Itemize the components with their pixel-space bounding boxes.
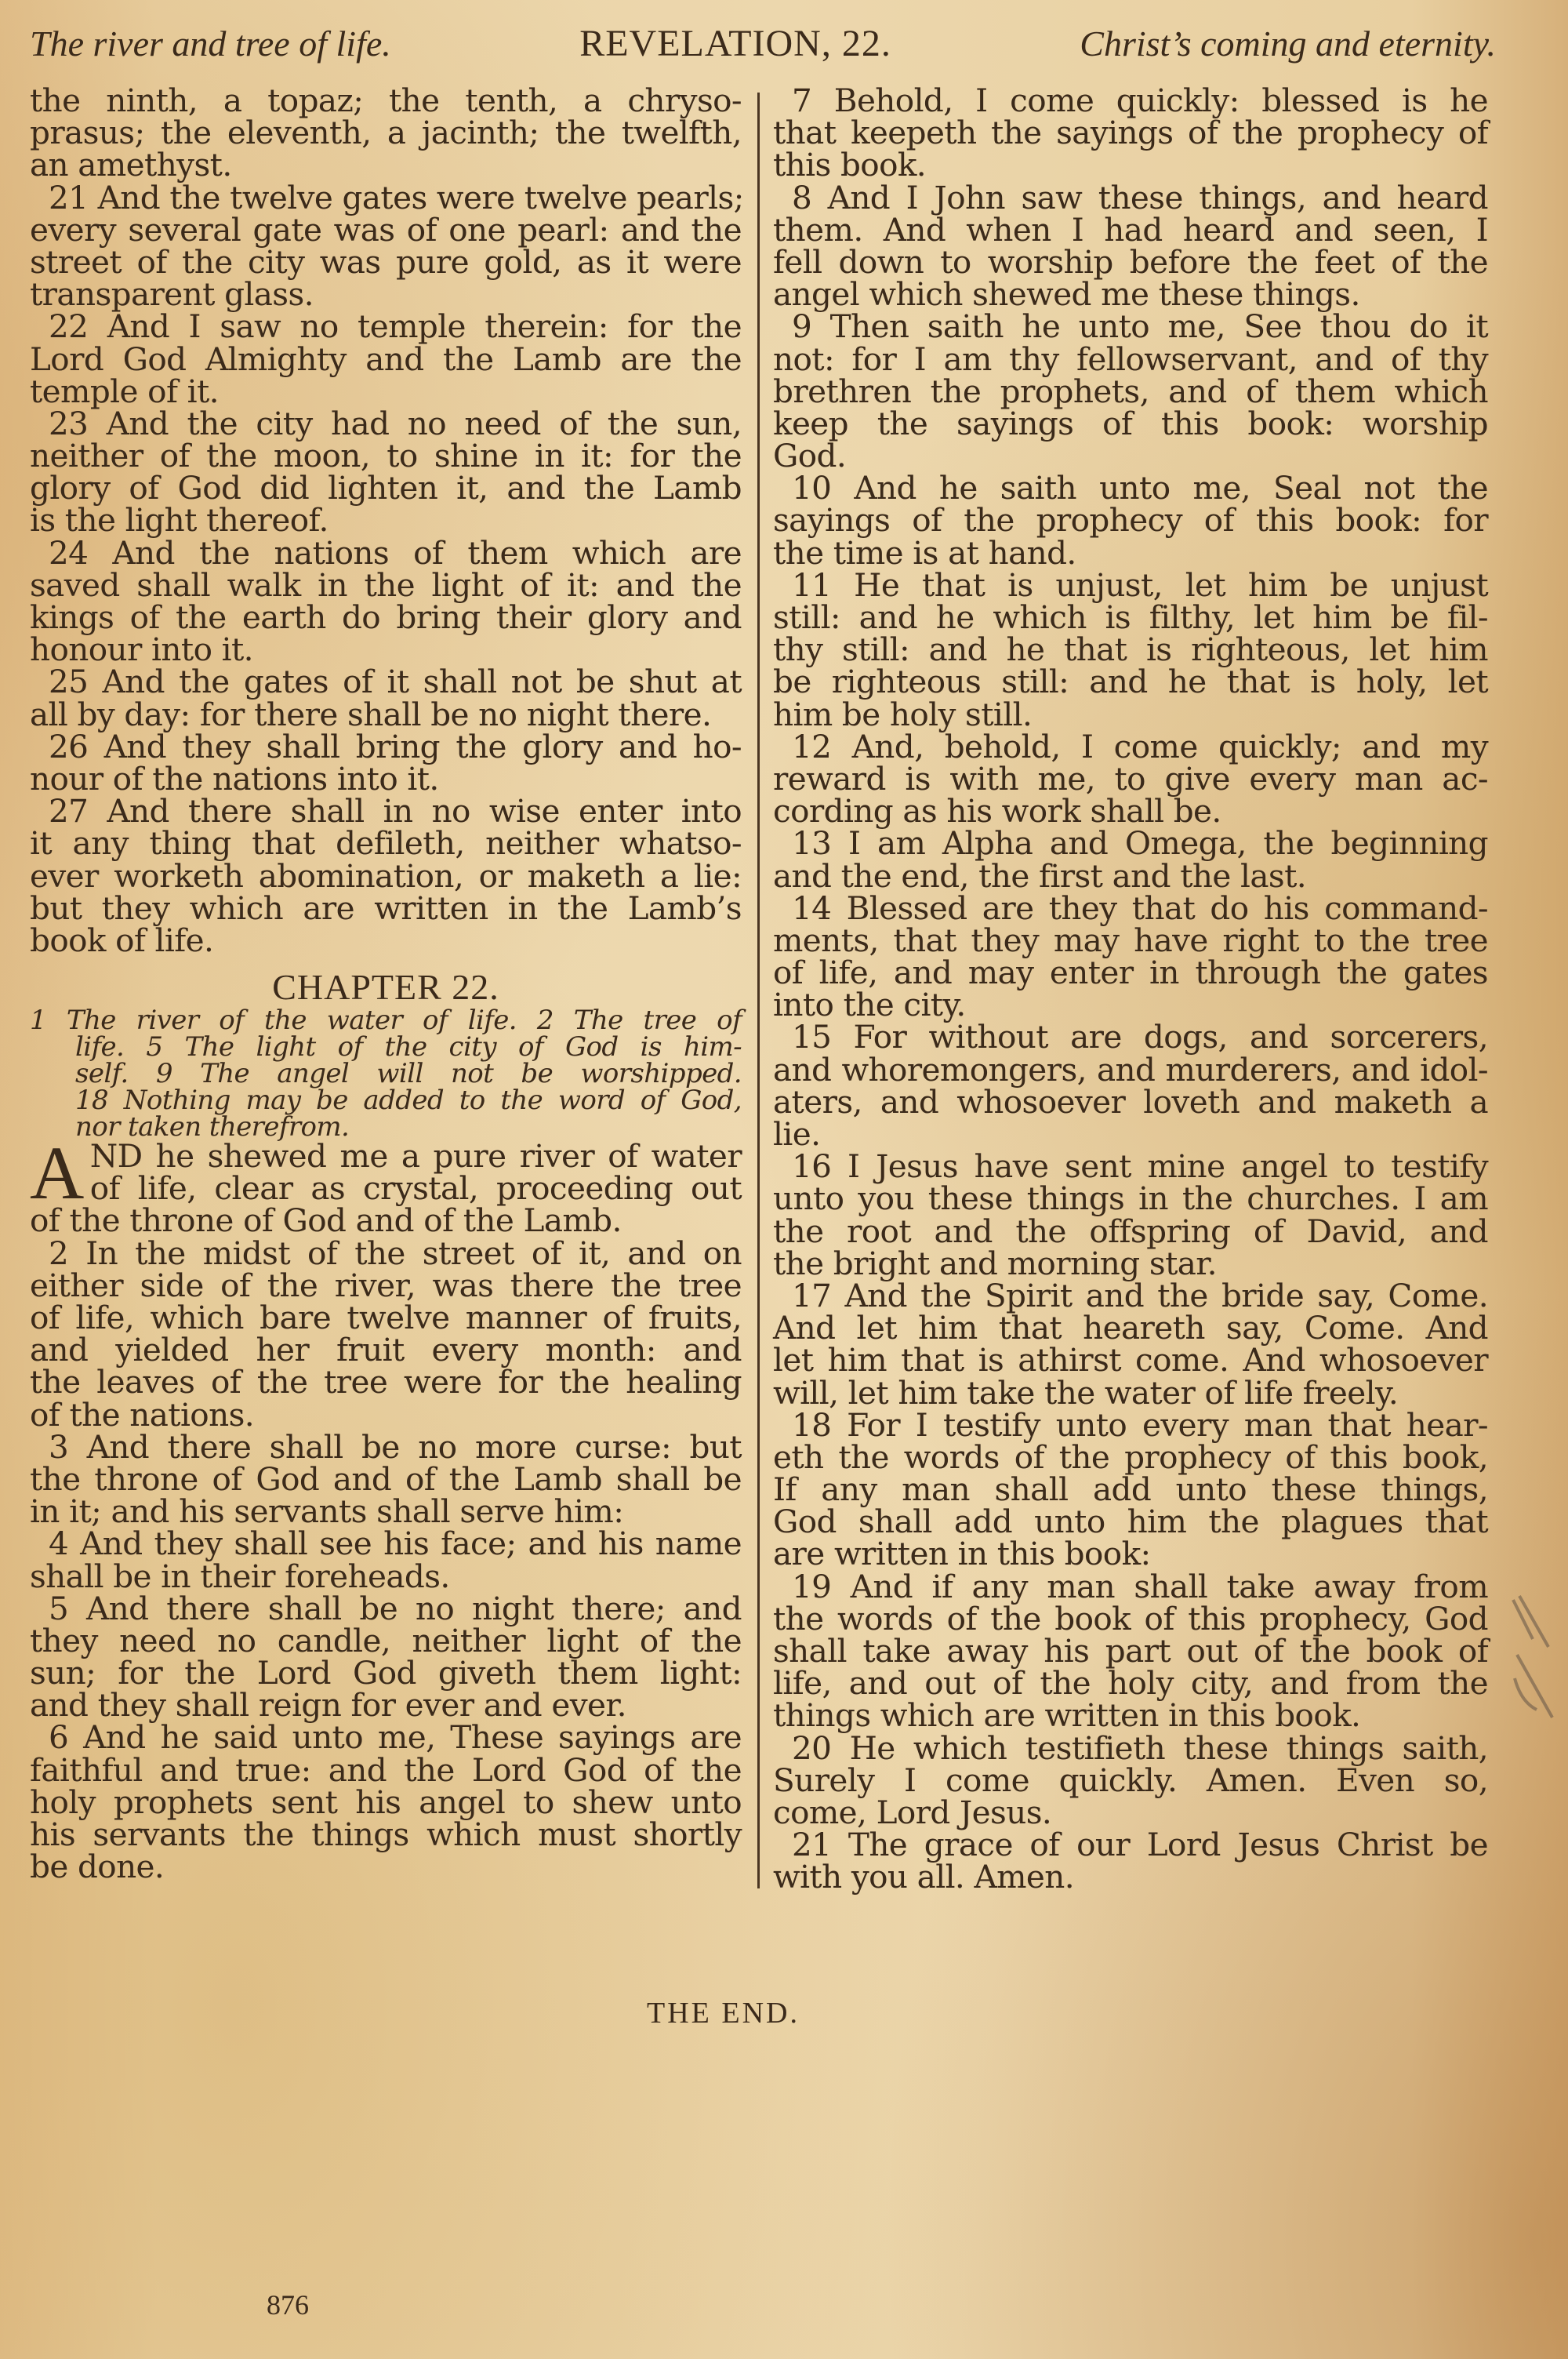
- text-line: keep the sayings of this book: worship: [773, 408, 1488, 440]
- text-line: aters, and whosoever loveth and maketh a: [773, 1086, 1488, 1118]
- text-line: shall be in their foreheads.: [30, 1561, 742, 1593]
- text-line: 10 And he saith unto me, Seal not the: [773, 472, 1488, 504]
- text-line: of life, which bare twelve manner of fru…: [30, 1302, 742, 1334]
- text-line: all by day: for there shall be no night …: [30, 699, 742, 731]
- text-line: and yielded her fruit every month: and: [30, 1334, 742, 1366]
- text-line: the time is at hand.: [773, 537, 1488, 569]
- the-end-label: THE END.: [647, 1996, 800, 2030]
- text-line: 12 And, behold, I come quickly; and my: [773, 731, 1488, 763]
- text-line: the root and the offspring of David, and: [773, 1216, 1488, 1248]
- header-left-summary: The river and tree of life.: [30, 23, 391, 64]
- text-line: 24 And the nations of them which are: [30, 537, 742, 569]
- text-line: ments, that they may have right to the t…: [773, 925, 1488, 957]
- text-line: holy prophets sent his angel to shew unt…: [30, 1787, 742, 1819]
- column-divider: [757, 93, 760, 1888]
- text-line: still: and he which is filthy, let him b…: [773, 602, 1488, 634]
- text-line: and they shall reign for ever and ever.: [30, 1689, 742, 1721]
- text-line: neither of the moon, to shine in it: for…: [30, 440, 742, 472]
- text-line: 1 The river of the water of life. 2 The …: [30, 1007, 742, 1034]
- text-line: the throne of God and of the Lamb shall …: [30, 1463, 742, 1496]
- text-line: 21 And the twelve gates were twelve pear…: [30, 182, 742, 214]
- text-line: him be holy still.: [773, 699, 1488, 731]
- text-line: 11 He that is unjust, let him be unjust: [773, 569, 1488, 602]
- verses-chapter-21-end: the ninth, a topaz; the tenth, a chryso-…: [30, 85, 742, 957]
- text-line: nour of the nations into it.: [30, 763, 742, 795]
- text-line: 27 And there shall in no wise enter into: [30, 795, 742, 827]
- text-line: be righteous still: and he that is holy,…: [773, 666, 1488, 698]
- text-line: the words of the book of this prophecy, …: [773, 1603, 1488, 1635]
- verses-7-to-21: 7 Behold, I come quickly: blessed is het…: [773, 85, 1488, 1894]
- page-number: 876: [267, 2288, 309, 2321]
- text-line: Lord God Almighty and the Lamb are the: [30, 343, 742, 376]
- text-line: honour into it.: [30, 634, 742, 666]
- verse-1: A ND he shewed me a pure river of watero…: [30, 1140, 742, 1205]
- text-line: 15 For without are dogs, and sorcerers,: [773, 1021, 1488, 1053]
- text-line: transparent glass.: [30, 278, 742, 311]
- text-line: of life, clear as crystal, proceeding ou…: [30, 1172, 742, 1205]
- text-line: 26 And they shall bring the glory and ho…: [30, 731, 742, 763]
- text-line: be done.: [30, 1851, 742, 1883]
- text-line: 13 I am Alpha and Omega, the beginning: [773, 827, 1488, 860]
- header-right-summary: Christ’s coming and eternity.: [1080, 23, 1496, 64]
- text-line: 2 In the midst of the street of it, and …: [30, 1238, 742, 1270]
- text-line: self. 9 The angel will not be worshipped…: [30, 1060, 742, 1087]
- text-line: 22 And I saw no temple therein: for the: [30, 311, 742, 343]
- text-line: 25 And the gates of it shall not be shut…: [30, 666, 742, 698]
- text-line: it any thing that defileth, neither what…: [30, 827, 742, 860]
- text-line: fell down to worship before the feet of …: [773, 246, 1488, 278]
- text-line: temple of it.: [30, 376, 742, 408]
- text-line: eth the words of the prophecy of this bo…: [773, 1441, 1488, 1474]
- text-line: 19 And if any man shall take away from: [773, 1571, 1488, 1603]
- text-line: shall take away his part out of the book…: [773, 1635, 1488, 1667]
- verses-2-to-6: of the throne of God and of the Lamb.2 I…: [30, 1205, 742, 1883]
- text-line: 20 He which testifieth these things sait…: [773, 1732, 1488, 1765]
- text-line: in it; and his servants shall serve him:: [30, 1496, 742, 1528]
- text-line: 14 Blessed are they that do his command-: [773, 892, 1488, 925]
- text-line: the ninth, a topaz; the tenth, a chryso-: [30, 85, 742, 117]
- text-line: Surely I come quickly. Amen. Even so,: [773, 1765, 1488, 1797]
- text-line: faithful and true: and the Lord God of t…: [30, 1754, 742, 1787]
- text-line: 8 And I John saw these things, and heard: [773, 182, 1488, 214]
- text-line: them. And when I had heard and seen, I: [773, 214, 1488, 246]
- pencil-mark-icon: [1505, 1584, 1560, 1741]
- text-line: 16 I Jesus have sent mine angel to testi…: [773, 1150, 1488, 1183]
- text-line: reward is with me, to give every man ac-: [773, 763, 1488, 795]
- running-header: The river and tree of life. REVELATION, …: [30, 22, 1496, 77]
- text-line: this book.: [773, 149, 1488, 181]
- verse-1-lines: ND he shewed me a pure river of waterof …: [30, 1140, 742, 1205]
- text-line: and the end, the first and the last.: [773, 860, 1488, 892]
- text-line: thy still: and he that is righteous, let…: [773, 634, 1488, 666]
- text-line: the bright and morning star.: [773, 1248, 1488, 1280]
- text-line: God.: [773, 440, 1488, 472]
- text-line: prasus; the eleventh, a jacinth; the twe…: [30, 117, 742, 149]
- text-line: 5 And there shall be no night there; and: [30, 1593, 742, 1625]
- text-line: sayings of the prophecy of this book: fo…: [773, 504, 1488, 536]
- text-line: 17 And the Spirit and the bride say, Com…: [773, 1280, 1488, 1312]
- text-line: life, and out of the holy city, and from…: [773, 1667, 1488, 1699]
- text-line: 18 Nothing may be added to the word of G…: [30, 1087, 742, 1114]
- text-line: will, let him take the water of life fre…: [773, 1377, 1488, 1409]
- text-line: with you all. Amen.: [773, 1861, 1488, 1893]
- text-line: life. 5 The light of the city of God is …: [30, 1034, 742, 1060]
- text-line: angel which shewed me these things.: [773, 278, 1488, 311]
- text-line: unto you these things in the churches. I…: [773, 1183, 1488, 1215]
- text-line: that keepeth the sayings of the prophecy…: [773, 117, 1488, 149]
- text-line: kings of the earth do bring their glory …: [30, 602, 742, 634]
- text-line: 21 The grace of our Lord Jesus Christ be: [773, 1829, 1488, 1861]
- text-line: and whoremongers, and murderers, and ido…: [773, 1054, 1488, 1086]
- text-line: And let him that heareth say, Come. And: [773, 1312, 1488, 1344]
- text-line: 6 And he said unto me, These sayings are: [30, 1721, 742, 1754]
- text-line: are written in this book:: [773, 1538, 1488, 1570]
- header-book-chapter: REVELATION, 22.: [579, 22, 891, 65]
- text-line: ever worketh abomination, or maketh a li…: [30, 860, 742, 892]
- text-line: 4 And they shall see his face; and his n…: [30, 1528, 742, 1560]
- text-line: street of the city was pure gold, as it …: [30, 246, 742, 278]
- text-line: come, Lord Jesus.: [773, 1797, 1488, 1829]
- text-line: of life, and may enter in through the ga…: [773, 957, 1488, 989]
- chapter-summary: 1 The river of the water of life. 2 The …: [30, 1007, 742, 1140]
- text-line: is the light thereof.: [30, 504, 742, 536]
- text-line: 9 Then saith he unto me, See thou do it: [773, 311, 1488, 343]
- text-line: cording as his work shall be.: [773, 795, 1488, 827]
- left-column: the ninth, a topaz; the tenth, a chryso-…: [30, 85, 742, 1883]
- text-line: of the throne of God and of the Lamb.: [30, 1205, 742, 1237]
- text-line: If any man shall add unto these things,: [773, 1474, 1488, 1506]
- text-line: lie.: [773, 1118, 1488, 1150]
- text-line: book of life.: [30, 925, 742, 957]
- text-line: of the nations.: [30, 1399, 742, 1431]
- text-line: an amethyst.: [30, 149, 742, 181]
- text-line: but they which are written in the Lamb’s: [30, 892, 742, 925]
- text-line: 18 For I testify unto every man that hea…: [773, 1409, 1488, 1441]
- text-line: 3 And there shall be no more curse: but: [30, 1431, 742, 1463]
- text-line: brethren the prophets, and of them which: [773, 376, 1488, 408]
- chapter-title: CHAPTER 22.: [30, 968, 742, 1007]
- text-line: sun; for the Lord God giveth them light:: [30, 1657, 742, 1689]
- text-line: ND he shewed me a pure river of water: [30, 1140, 742, 1172]
- text-line: let him that is athirst come. And whosoe…: [773, 1344, 1488, 1376]
- text-line: the leaves of the tree were for the heal…: [30, 1366, 742, 1398]
- text-line: they need no candle, neither light of th…: [30, 1625, 742, 1657]
- text-line: his servants the things which must short…: [30, 1819, 742, 1851]
- text-line: 7 Behold, I come quickly: blessed is he: [773, 85, 1488, 117]
- text-line: not: for I am thy fellowservant, and of …: [773, 343, 1488, 376]
- text-line: every several gate was of one pearl: and…: [30, 214, 742, 246]
- text-line: either side of the river, was there the …: [30, 1270, 742, 1302]
- text-line: things which are written in this book.: [773, 1699, 1488, 1732]
- text-line: 23 And the city had no need of the sun,: [30, 408, 742, 440]
- right-column: 7 Behold, I come quickly: blessed is het…: [773, 85, 1488, 1894]
- text-line: God shall add unto him the plagues that: [773, 1506, 1488, 1538]
- text-line: nor taken therefrom.: [30, 1114, 742, 1140]
- text-line: glory of God did lighten it, and the Lam…: [30, 472, 742, 504]
- drop-cap: A: [30, 1142, 84, 1205]
- text-line: saved shall walk in the light of it: and…: [30, 569, 742, 602]
- text-line: into the city.: [773, 989, 1488, 1021]
